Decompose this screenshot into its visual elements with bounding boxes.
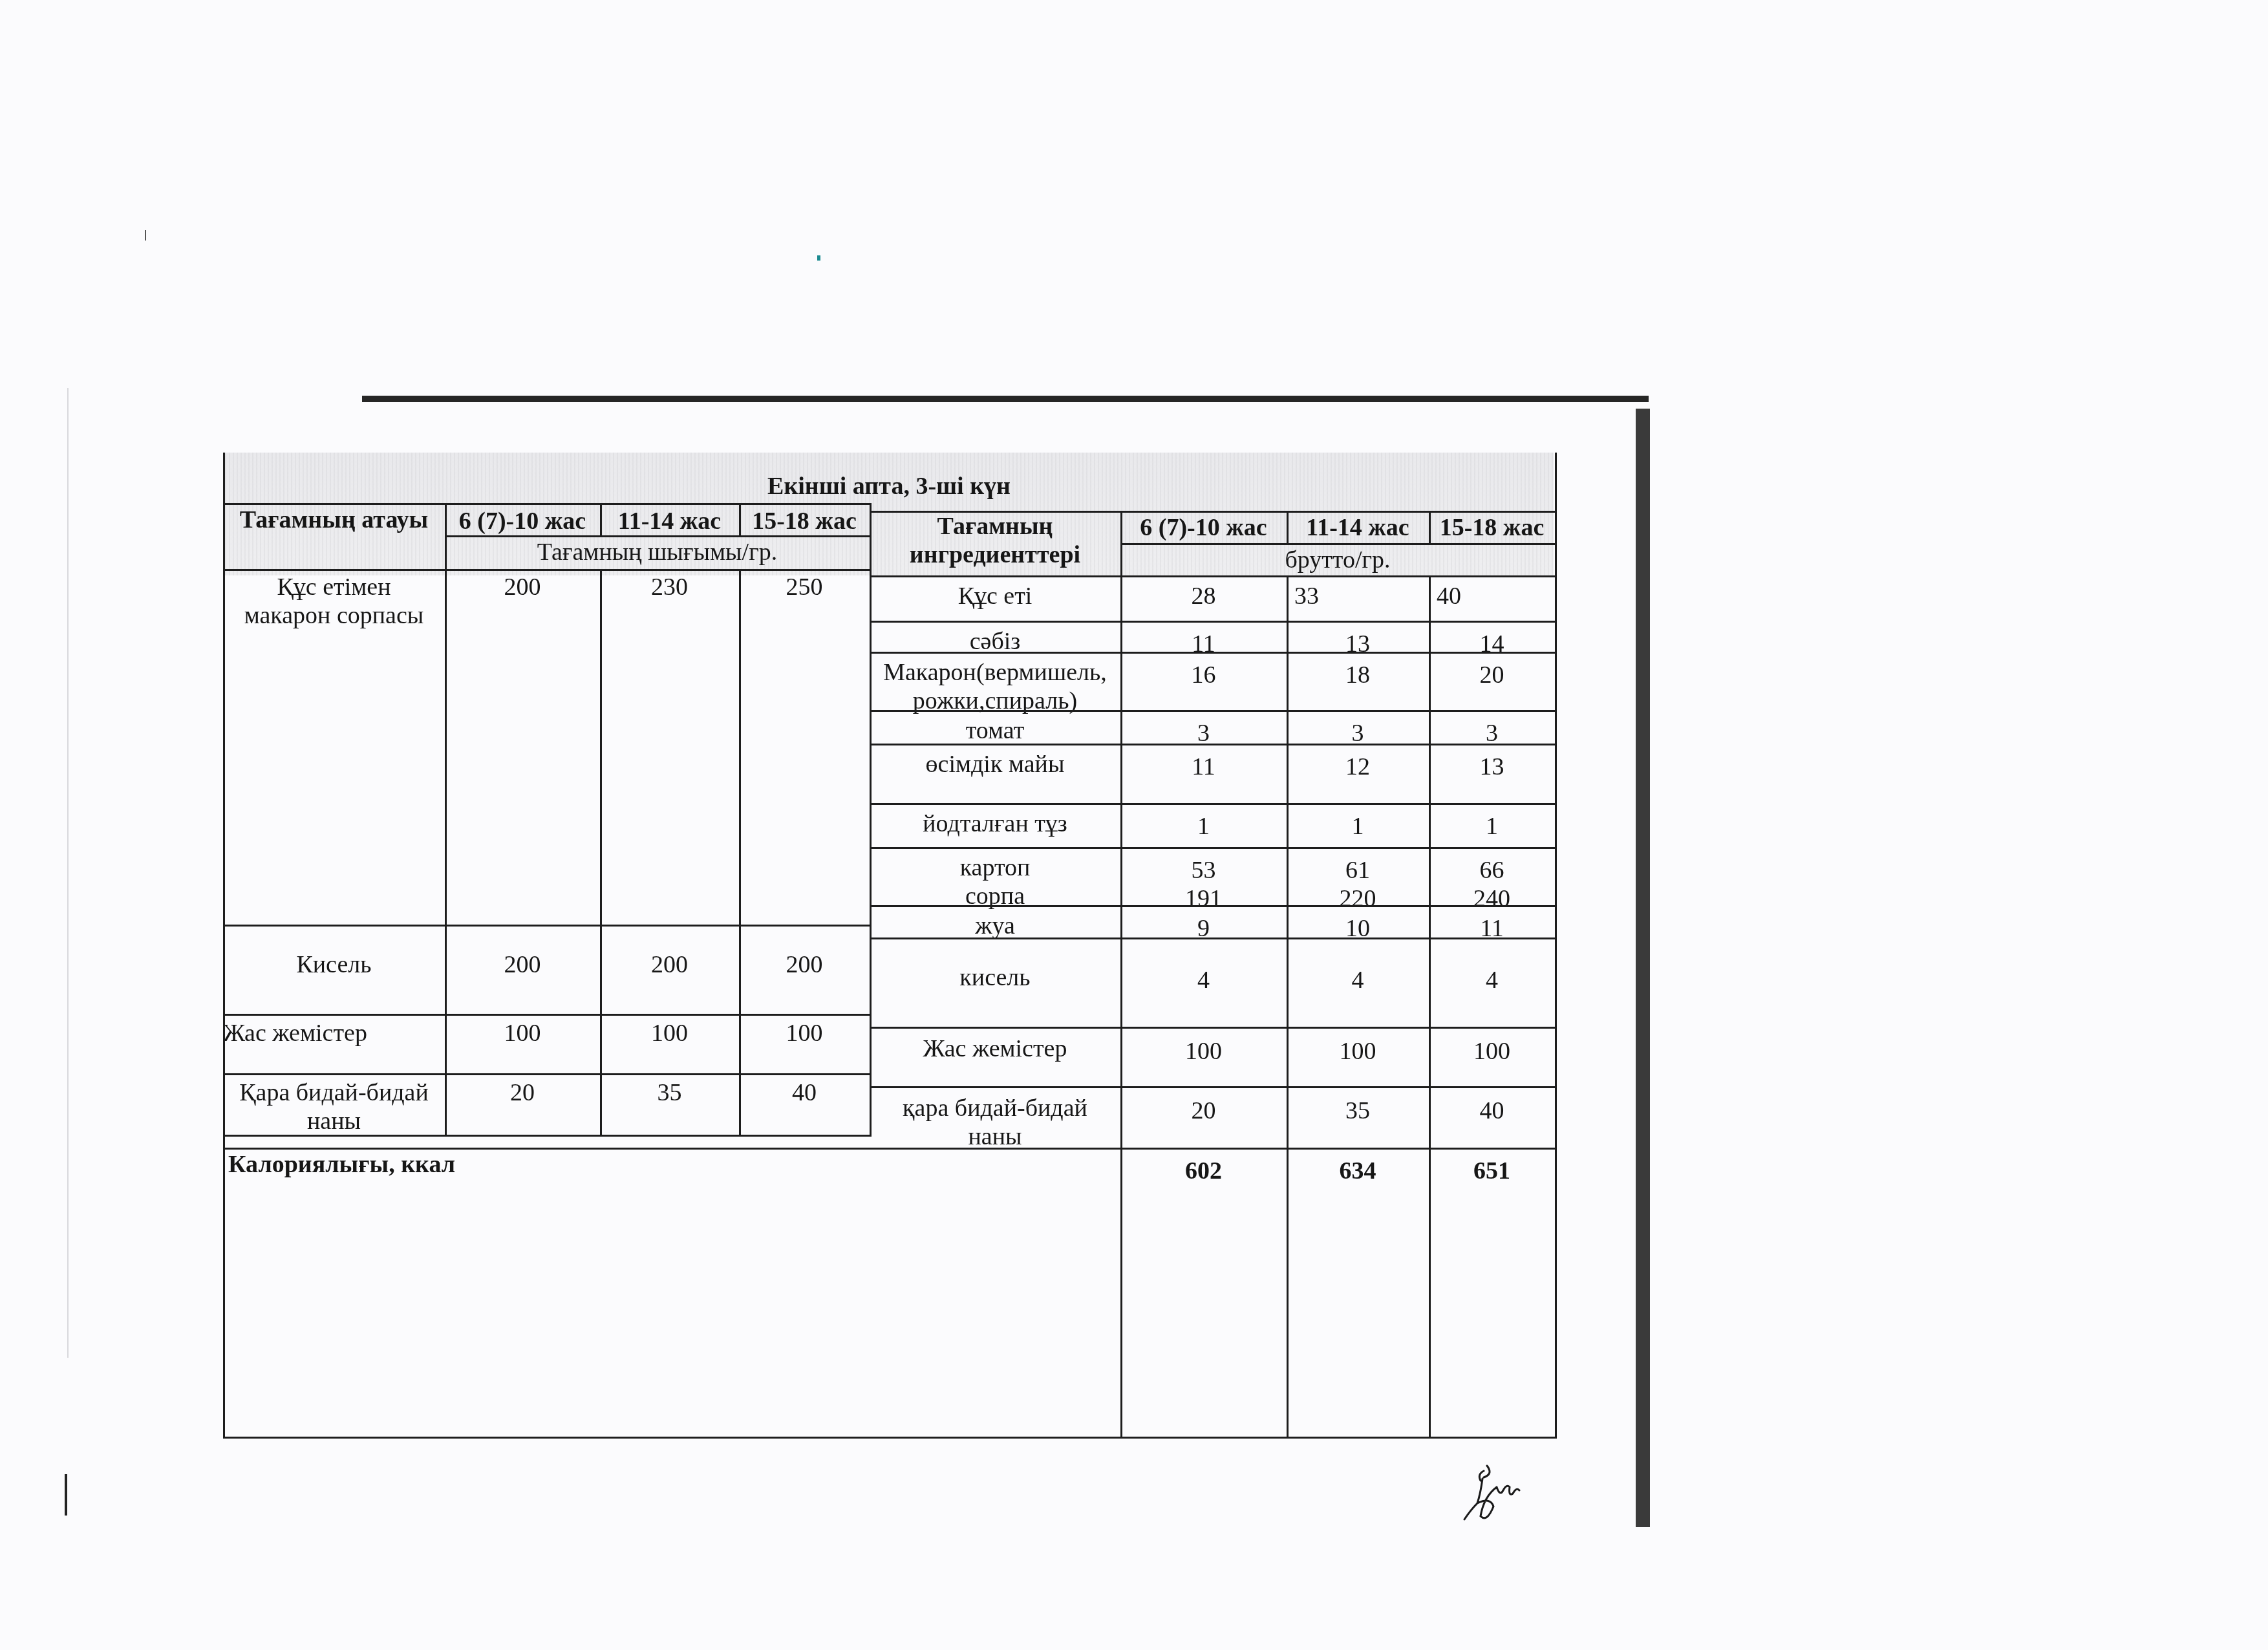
dish-output: 200 — [600, 950, 739, 979]
ingredient-value-line: 40 — [1429, 1097, 1555, 1125]
dish-output-line: 100 — [739, 1019, 870, 1047]
table-border-bottom — [223, 1437, 1557, 1439]
dish-output-line: 200 — [739, 950, 870, 979]
ingredient-value-line: 11 — [1120, 630, 1287, 658]
header-dish-name: Тағамның атауы — [223, 506, 445, 534]
dish-output: 100 — [739, 1019, 870, 1047]
ingredient-value-line: 13 — [1429, 753, 1555, 781]
ingredient-value: 13 — [1287, 630, 1429, 658]
dish-output: 35 — [600, 1078, 739, 1107]
dish-name: Кисель — [223, 950, 445, 979]
row-border — [870, 652, 1557, 654]
header-ingredient-age-group-line: 6 (7)-10 жас — [1120, 513, 1287, 542]
ingredient-name-line: картоп — [870, 853, 1120, 882]
header-border — [223, 569, 872, 571]
header-ingredient-age-group-line: 15-18 жас — [1429, 513, 1555, 542]
col-border — [1429, 575, 1431, 1439]
dish-name-line: макарон сорпасы — [223, 601, 445, 630]
calories-value-line: 602 — [1120, 1157, 1287, 1185]
table-border-right — [1555, 453, 1557, 1439]
ingredient-value-line: 35 — [1287, 1097, 1429, 1125]
dish-name: Қара бидай-бидайнаны — [223, 1078, 445, 1135]
header-output-label: Тағамның шығымы/гр. — [445, 538, 870, 566]
scan-shadow-left — [67, 388, 69, 1358]
ingredient-name: йодталған тұз — [870, 809, 1120, 838]
dish-name-line: Қара бидай-бидай — [223, 1078, 445, 1107]
row-border — [870, 905, 1557, 907]
ingredient-name: томат — [870, 716, 1120, 745]
dish-output: 20 — [445, 1078, 600, 1107]
ingredient-name: қара бидай-бидайнаны — [870, 1094, 1120, 1151]
ingredient-value: 61220 — [1287, 856, 1429, 913]
ingredient-value-line: 33 — [1294, 582, 1429, 610]
row-border — [870, 847, 1557, 849]
dish-output-line: 100 — [445, 1019, 600, 1047]
calories-value-line: 651 — [1429, 1157, 1555, 1185]
ingredient-value: 66240 — [1429, 856, 1555, 913]
dish-output: 200 — [445, 573, 600, 601]
ingredient-name: кисель — [870, 963, 1120, 992]
ingredient-value: 12 — [1287, 753, 1429, 781]
header-border — [870, 511, 1557, 513]
dish-output-line: 20 — [445, 1078, 600, 1107]
ingredient-name-line: Макарон(вермишель, — [870, 658, 1120, 687]
ingredient-value-line: 13 — [1287, 630, 1429, 658]
ingredient-value: 11 — [1120, 753, 1287, 781]
ingredient-name-line: йодталған тұз — [870, 809, 1120, 838]
ingredient-value-line: 18 — [1287, 661, 1429, 689]
ingredient-name-line: наны — [870, 1122, 1120, 1151]
ingredient-name-line: қара бидай-бидай — [870, 1094, 1120, 1122]
row-border — [870, 937, 1557, 939]
header-age-group-line: 6 (7)-10 жас — [445, 507, 600, 535]
ingredient-value-line: 240 — [1429, 884, 1555, 913]
ingredient-value-line: 1 — [1429, 812, 1555, 841]
ingredient-value: 11 — [1120, 630, 1287, 658]
col-border — [1120, 511, 1122, 1439]
table-border-left — [223, 453, 225, 1439]
header-ingredient-age-group: 6 (7)-10 жас — [1120, 513, 1287, 542]
col-border — [600, 569, 602, 1137]
calories-value: 651 — [1429, 1157, 1555, 1185]
ingredient-name-line: томат — [870, 716, 1120, 745]
ingredient-name: Жас жемістер — [870, 1034, 1120, 1063]
ingredient-value-line: 4 — [1287, 966, 1429, 994]
col-border — [1287, 511, 1289, 545]
scan-dot — [817, 255, 820, 261]
ingredient-value: 4 — [1120, 966, 1287, 994]
row-border — [870, 744, 1557, 745]
ingredient-value: 33 — [1294, 582, 1429, 610]
ingredient-name: жуа — [870, 912, 1120, 940]
ingredient-value-line: 1 — [1287, 812, 1429, 841]
row-border — [870, 1086, 1557, 1088]
header-ingredient-age-group-line: 11-14 жас — [1287, 513, 1429, 542]
ingredient-value-line: 16 — [1120, 661, 1287, 689]
ingredient-value-line: 53 — [1120, 856, 1287, 884]
signature — [1458, 1458, 1542, 1529]
dish-output: 40 — [739, 1078, 870, 1107]
header-ingredient-age-group: 15-18 жас — [1429, 513, 1555, 542]
header-gross-label: брутто/гр. — [1120, 546, 1555, 574]
ingredient-value: 20 — [1429, 661, 1555, 689]
scan-edge-top — [362, 396, 1649, 402]
ingredient-value: 53191 — [1120, 856, 1287, 913]
col-border — [600, 503, 602, 537]
calories-label-line: Калориялығы, ккал — [228, 1150, 870, 1179]
ingredient-name: өсімдік майы — [870, 750, 1120, 778]
dish-output: 250 — [739, 573, 870, 601]
header-age-group: 15-18 жас — [739, 507, 870, 535]
table-title-line: Екінші апта, 3-ші күн — [223, 472, 1555, 500]
header-border — [1120, 543, 1557, 545]
row-border — [223, 1014, 872, 1016]
ingredient-value: 28 — [1120, 582, 1287, 610]
header-border — [445, 535, 872, 537]
ingredient-name-line: Құс еті — [870, 582, 1120, 610]
dish-output-line: 200 — [600, 950, 739, 979]
dish-output: 100 — [600, 1019, 739, 1047]
ingredient-value-line: 100 — [1120, 1037, 1287, 1066]
col-border — [1287, 575, 1289, 1439]
dish-output-line: 230 — [600, 573, 739, 601]
row-border — [223, 925, 872, 927]
ingredient-value: 40 — [1437, 582, 1555, 610]
header-age-group-line: 15-18 жас — [739, 507, 870, 535]
header-gross-label-line: брутто/гр. — [1120, 546, 1555, 574]
ingredient-value-line: 40 — [1437, 582, 1555, 610]
ingredient-value-line: 28 — [1120, 582, 1287, 610]
row-border — [870, 1027, 1557, 1029]
dish-name-line: Құс етімен — [223, 573, 445, 601]
ingredient-value: 1 — [1287, 812, 1429, 841]
dish-output-line: 200 — [445, 950, 600, 979]
row-border — [870, 621, 1557, 623]
col-border — [870, 503, 872, 1137]
ingredient-name-line: Жас жемістер — [870, 1034, 1120, 1063]
col-border — [739, 503, 741, 537]
header-ingredients-label-line: Тағамның — [870, 512, 1120, 541]
col-border — [445, 503, 447, 1137]
header-age-group: 6 (7)-10 жас — [445, 507, 600, 535]
ingredient-value: 18 — [1287, 661, 1429, 689]
dish-output-line: 35 — [600, 1078, 739, 1107]
ingredient-value-line: 4 — [1429, 966, 1555, 994]
ingredient-value: 20 — [1120, 1097, 1287, 1125]
header-dish-name-line: Тағамның атауы — [223, 506, 445, 534]
ingredient-value-line: 4 — [1120, 966, 1287, 994]
ingredient-value-line: 20 — [1429, 661, 1555, 689]
header-border — [223, 503, 872, 505]
ingredient-value-line: 12 — [1287, 753, 1429, 781]
ingredient-value-line: 220 — [1287, 884, 1429, 913]
ingredient-name-line: кисель — [870, 963, 1120, 992]
dish-name-line: наны — [223, 1107, 445, 1135]
scan-edge-right — [1636, 409, 1650, 1527]
ingredient-value: 100 — [1287, 1037, 1429, 1066]
ingredient-value-line: 191 — [1120, 884, 1287, 913]
ingredient-value: 1 — [1120, 812, 1287, 841]
ingredient-value: 4 — [1287, 966, 1429, 994]
ingredient-value: 16 — [1120, 661, 1287, 689]
ingredient-value-line: 20 — [1120, 1097, 1287, 1125]
row-border — [870, 803, 1557, 805]
calories-label: Калориялығы, ккал — [228, 1150, 870, 1179]
header-age-group: 11-14 жас — [600, 507, 739, 535]
ingredient-value: 100 — [1120, 1037, 1287, 1066]
ingredient-name: Құс еті — [870, 582, 1120, 610]
header-age-group-line: 11-14 жас — [600, 507, 739, 535]
ingredient-value-line: 100 — [1429, 1037, 1555, 1066]
dish-output: 100 — [445, 1019, 600, 1047]
row-border — [870, 710, 1557, 712]
ingredient-value: 1 — [1429, 812, 1555, 841]
ingredient-value: 35 — [1287, 1097, 1429, 1125]
header-ingredients-label-line: ингредиенттері — [870, 541, 1120, 569]
ingredient-value-line: 14 — [1429, 630, 1555, 658]
dish-output-line: 200 — [445, 573, 600, 601]
dish-output: 200 — [739, 950, 870, 979]
dish-name: Жас жемістер — [223, 1019, 445, 1047]
header-border — [870, 575, 1557, 577]
scan-mark — [145, 230, 146, 241]
ingredient-value-line: 1 — [1120, 812, 1287, 841]
ingredient-name-line: өсімдік майы — [870, 750, 1120, 778]
dish-output-line: 40 — [739, 1078, 870, 1107]
row-border — [223, 1135, 872, 1137]
row-border — [223, 1073, 872, 1075]
ingredient-value: 4 — [1429, 966, 1555, 994]
ingredient-value: 13 — [1429, 753, 1555, 781]
ingredient-value-line: 66 — [1429, 856, 1555, 884]
ingredient-value-line: 100 — [1287, 1037, 1429, 1066]
calories-value: 602 — [1120, 1157, 1287, 1185]
ingredient-name-line: жуа — [870, 912, 1120, 940]
ingredient-value: 14 — [1429, 630, 1555, 658]
header-output-label-line: Тағамның шығымы/гр. — [445, 538, 870, 566]
dish-output-line: 100 — [600, 1019, 739, 1047]
dish-output-line: 250 — [739, 573, 870, 601]
dish-output: 230 — [600, 573, 739, 601]
table-title: Екінші апта, 3-ші күн — [223, 472, 1555, 500]
calories-value-line: 634 — [1287, 1157, 1429, 1185]
header-ingredient-age-group: 11-14 жас — [1287, 513, 1429, 542]
dish-name: Құс етіменмакарон сорпасы — [223, 573, 445, 630]
ingredient-name: картопсорпа — [870, 853, 1120, 910]
dish-name-line: Кисель — [223, 950, 445, 979]
ingredient-value: 40 — [1429, 1097, 1555, 1125]
ingredient-value-line: 11 — [1120, 753, 1287, 781]
row-border — [223, 1148, 1557, 1150]
dish-output: 200 — [445, 950, 600, 979]
scan-edge-left — [65, 1474, 67, 1516]
ingredient-value-line: 61 — [1287, 856, 1429, 884]
ingredient-value: 100 — [1429, 1037, 1555, 1066]
col-border — [1429, 511, 1431, 545]
col-border — [739, 569, 741, 1137]
dish-name-line: Жас жемістер — [223, 1019, 445, 1047]
calories-value: 634 — [1287, 1157, 1429, 1185]
ingredient-name: Макарон(вермишель,рожки,спираль) — [870, 658, 1120, 715]
header-ingredients-label: Тағамныңингредиенттері — [870, 512, 1120, 569]
